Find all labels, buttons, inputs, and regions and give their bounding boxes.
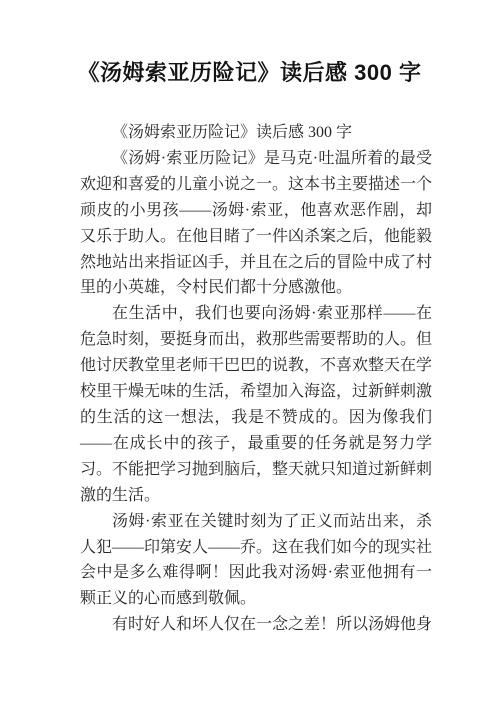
paragraph-reflection: 在生活中，我们也要向汤姆·索亚那样——在危急时刻，要挺身而出，救那些需要帮助的人…: [80, 301, 432, 508]
document-body: 《汤姆索亚历险记》读后感 300 字 《汤姆·索亚历险记》是马克·吐温所着的最受…: [80, 120, 432, 638]
paragraph-subtitle: 《汤姆索亚历险记》读后感 300 字: [80, 120, 432, 146]
document-page: 《汤姆索亚历险记》读后感 300 字 《汤姆索亚历险记》读后感 300 字 《汤…: [0, 0, 499, 706]
document-title: 《汤姆索亚历险记》读后感 300 字: [0, 56, 499, 87]
paragraph-closing: 有时好人和坏人仅在一念之差！所以汤姆他身: [80, 612, 432, 638]
paragraph-justice: 汤姆·索亚在关键时刻为了正义而站出来，杀人犯——印第安人——乔。这在我们如今的现…: [80, 509, 432, 613]
paragraph-intro: 《汤姆·索亚历险记》是马克·吐温所着的最受欢迎和喜爱的儿童小说之一。这本书主要描…: [80, 146, 432, 301]
